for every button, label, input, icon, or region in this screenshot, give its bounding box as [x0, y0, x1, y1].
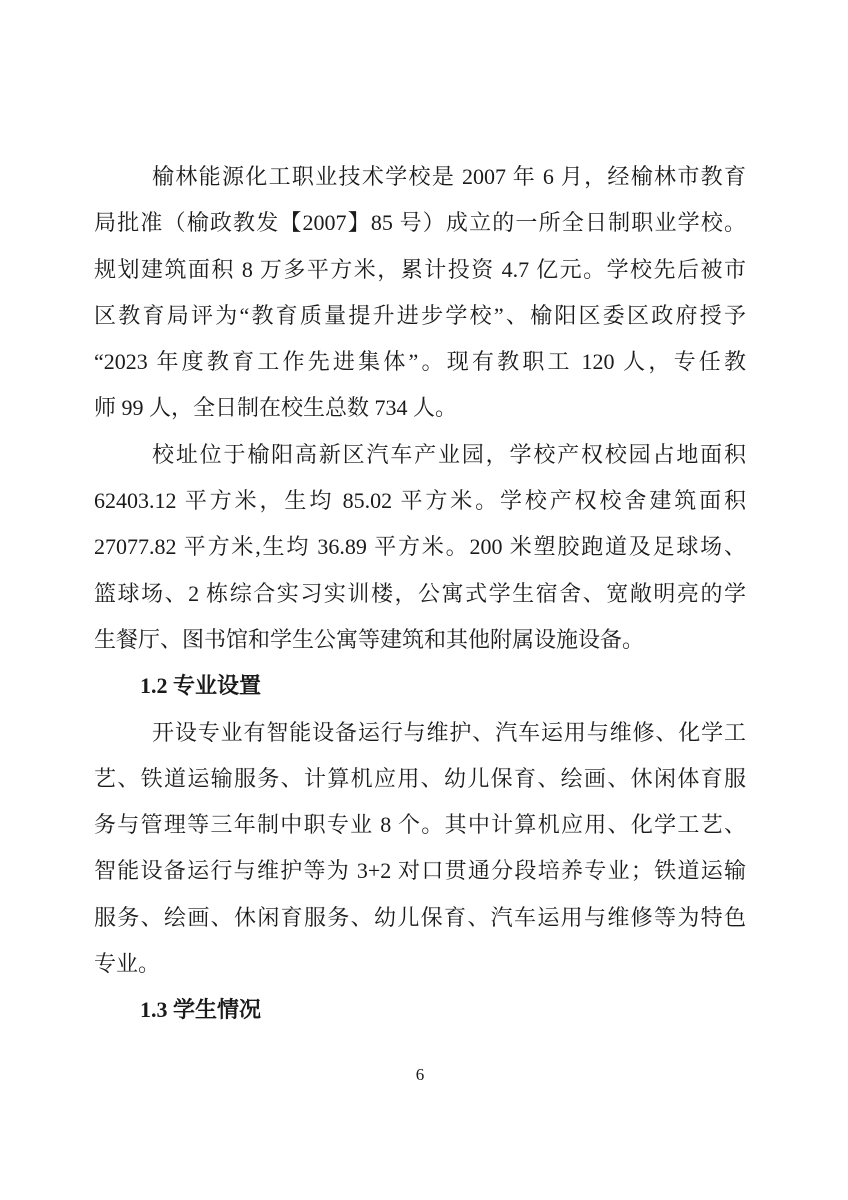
- text-line: 务与管理等三年制中职专业 8 个。其中计算机应用、化学工艺、: [94, 802, 746, 848]
- section-heading-1-2: 1.2 专业设置: [94, 663, 746, 709]
- text-line: 服务、绘画、休闲育服务、幼儿保育、汽车运用与维修等为特色: [94, 895, 746, 941]
- text-line: 62403.12 平方米，生均 85.02 平方米。学校产权校舍建筑面积: [94, 478, 746, 524]
- page-number: 6: [94, 1064, 746, 1086]
- document-body: 榆林能源化工职业技术学校是 2007 年 6 月，经榆林市教育 局批准（榆政教发…: [0, 0, 848, 1086]
- text-line: 生餐厅、图书馆和学生公寓等建筑和其他附属设施设备。: [94, 617, 746, 663]
- text-line: 艺、铁道运输服务、计算机应用、幼儿保育、绘画、休闲体育服: [94, 756, 746, 802]
- text-line: “2023 年度教育工作先进集体”。现有教职工 120 人，专任教: [94, 339, 746, 385]
- text-line: 篮球场、2 栋综合实习实训楼，公寓式学生宿舍、宽敞明亮的学: [94, 571, 746, 617]
- text-line: 师 99 人，全日制在校生总数 734 人。: [94, 385, 746, 431]
- text-line: 局批准（榆政教发【2007】85 号）成立的一所全日制职业学校。: [94, 200, 746, 246]
- text-line: 专业。: [94, 941, 746, 987]
- document-page: 榆林能源化工职业技术学校是 2007 年 6 月，经榆林市教育 局批准（榆政教发…: [0, 0, 848, 1200]
- text-line: 榆林能源化工职业技术学校是 2007 年 6 月，经榆林市教育: [94, 154, 746, 200]
- text-line: 27077.82 平方米,生均 36.89 平方米。200 米塑胶跑道及足球场、: [94, 524, 746, 570]
- text-line: 开设专业有智能设备运行与维护、汽车运用与维修、化学工: [94, 710, 746, 756]
- text-line: 规划建筑面积 8 万多平方米，累计投资 4.7 亿元。学校先后被市: [94, 247, 746, 293]
- text-line: 区教育局评为“教育质量提升进步学校”、榆阳区委区政府授予: [94, 293, 746, 339]
- text-line: 校址位于榆阳高新区汽车产业园，学校产权校园占地面积: [94, 432, 746, 478]
- section-heading-1-3: 1.3 学生情况: [94, 987, 746, 1033]
- text-line: 智能设备运行与维护等为 3+2 对口贯通分段培养专业；铁道运输: [94, 848, 746, 894]
